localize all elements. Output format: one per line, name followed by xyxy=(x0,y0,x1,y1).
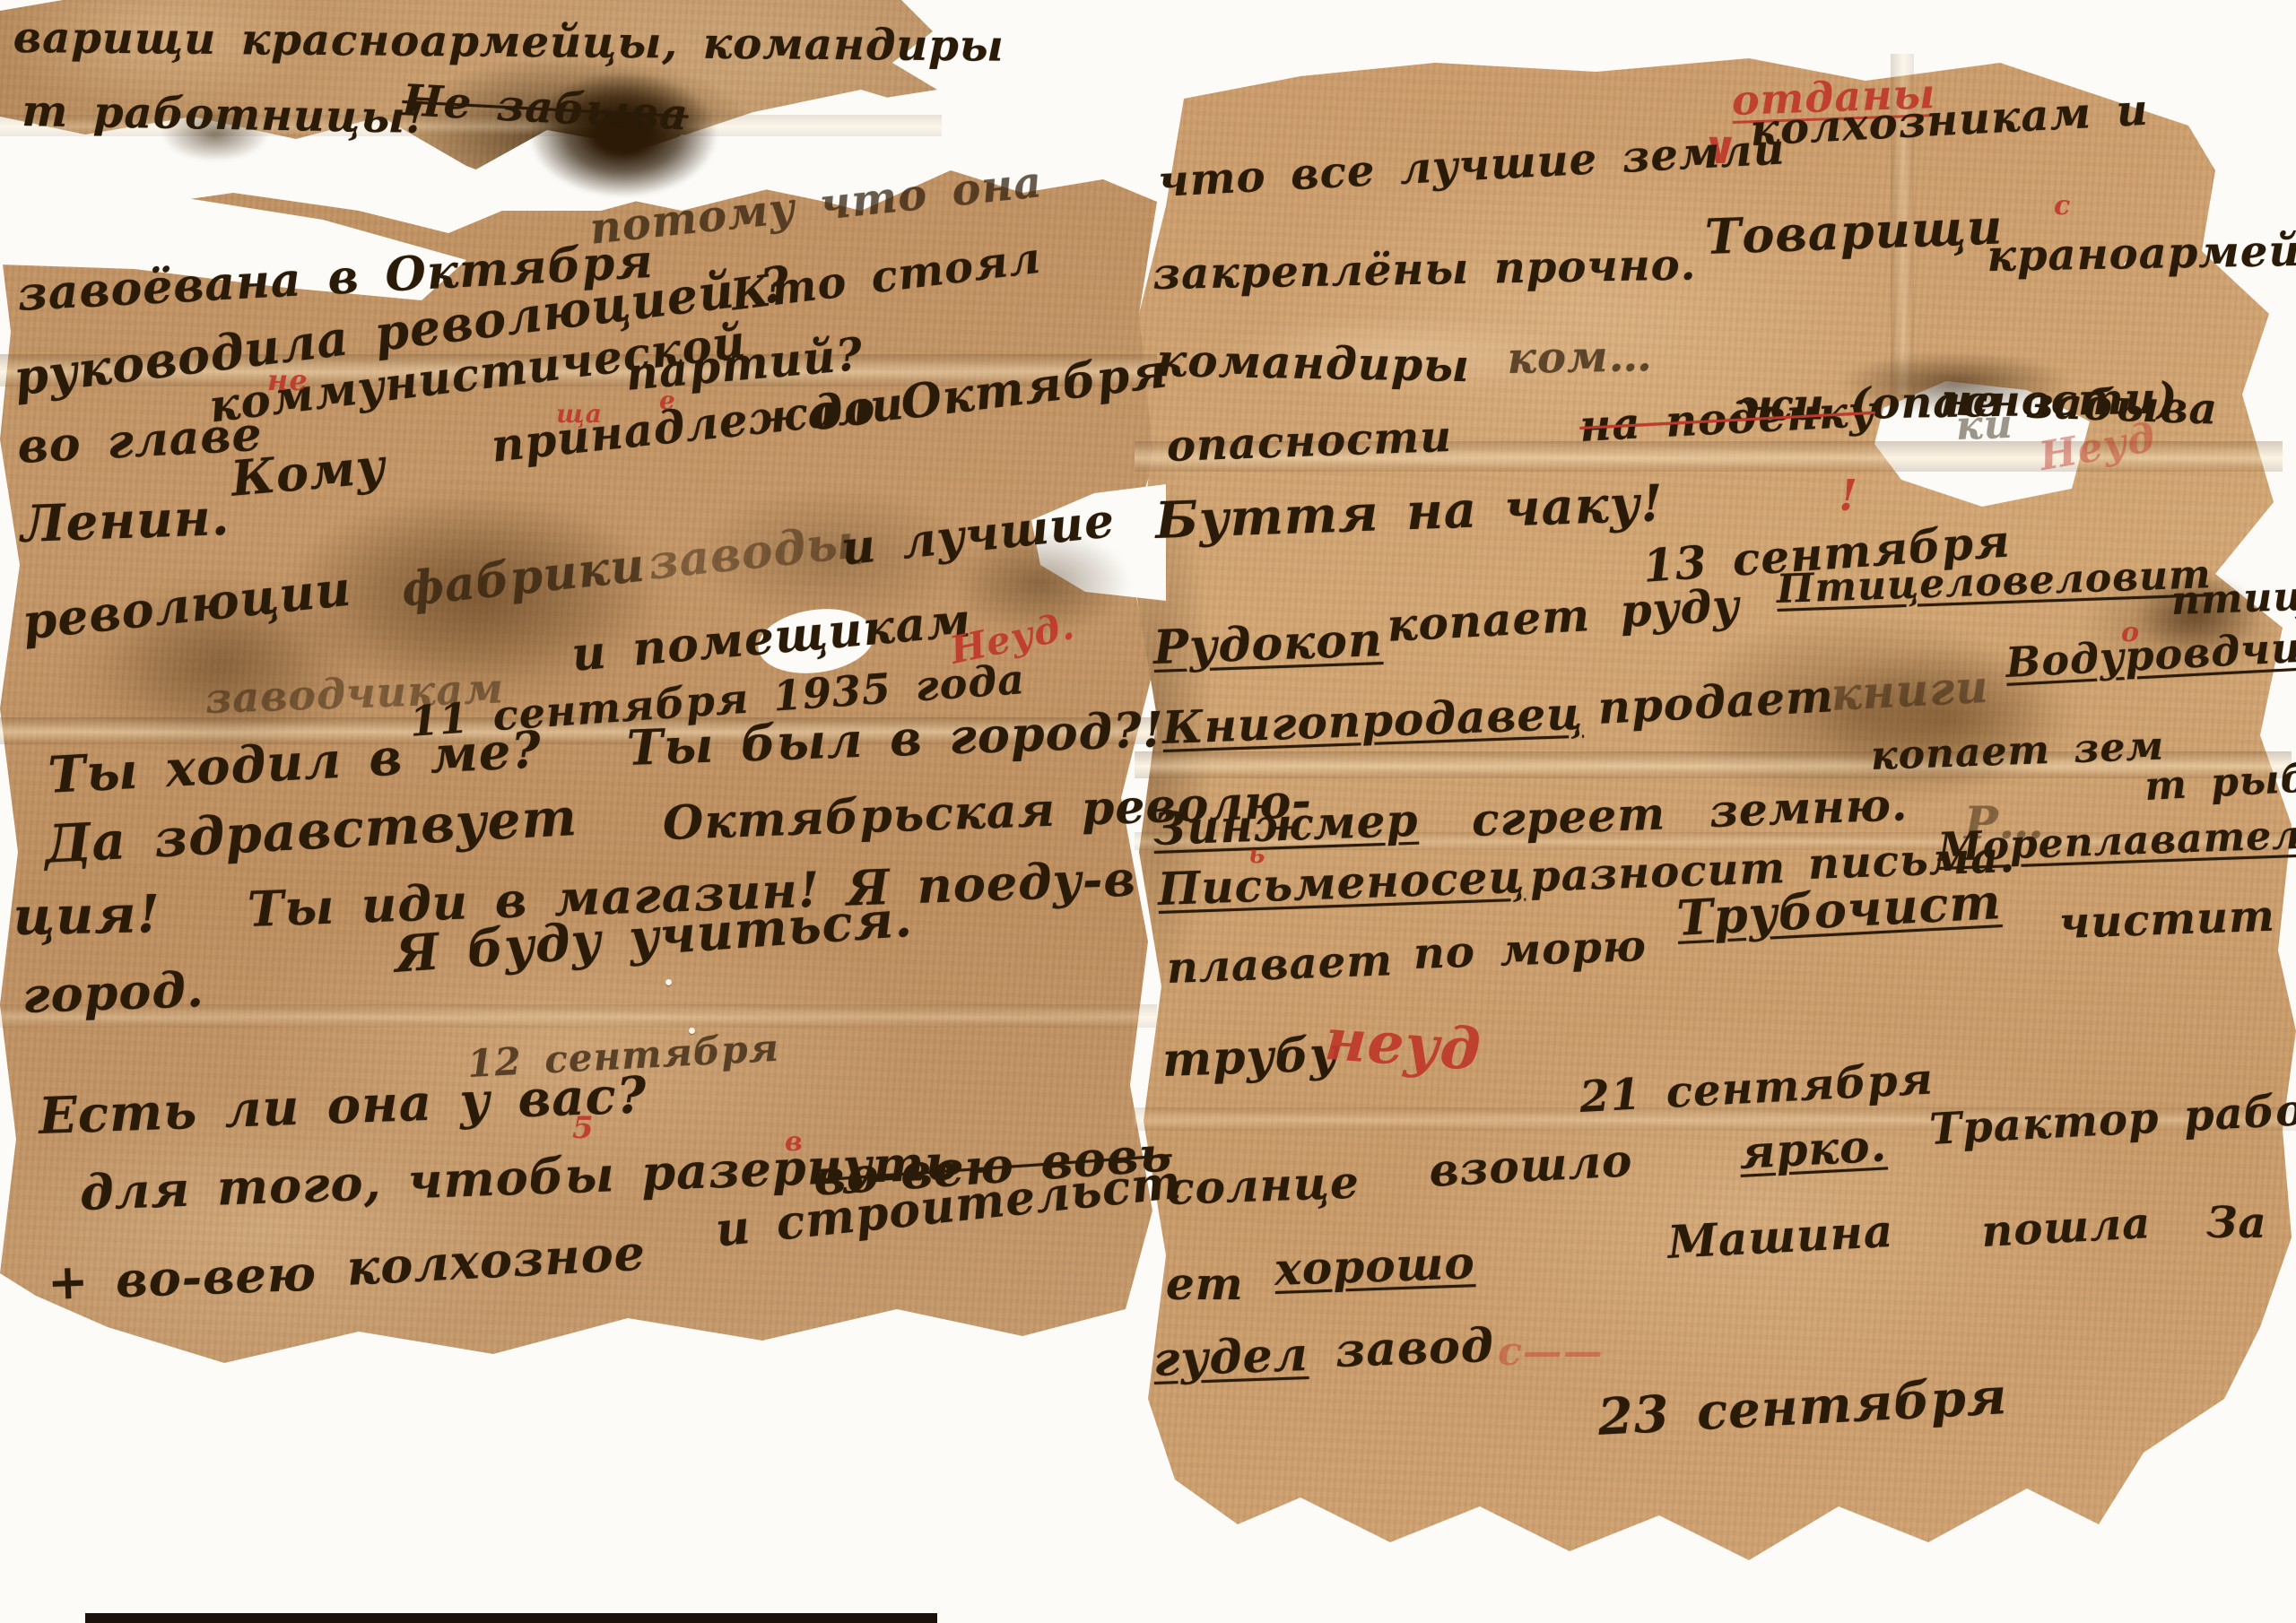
handwritten-line: опасности xyxy=(1166,412,1453,472)
handwritten-line: ет xyxy=(1166,1257,1244,1310)
teacher-correction-red: 5 xyxy=(572,1110,595,1146)
handwritten-line: пошла xyxy=(1980,1198,2152,1257)
handwritten-line: книги xyxy=(1830,660,1990,721)
handwritten-line: руду xyxy=(1619,578,1741,638)
scanned-document: варищи красноармейцы, командиры т работн… xyxy=(0,0,2296,1623)
handwritten-line: Товарищи xyxy=(1704,197,2004,265)
teacher-correction-red: о xyxy=(2121,617,2140,648)
handwritten-line: птиц. xyxy=(2170,573,2296,624)
teacher-correction-red: в xyxy=(785,1126,804,1158)
handwritten-line: плавает xyxy=(1166,935,1394,994)
handwritten-line: чистит xyxy=(2058,891,2276,949)
teacher-correction-red: с—— xyxy=(1498,1329,1604,1375)
handwritten-line: ки xyxy=(1955,402,2014,449)
handwritten-line: хорошо xyxy=(1274,1236,1476,1296)
grade-mark-red: неуд xyxy=(1323,1006,1483,1084)
teacher-correction-red: ! xyxy=(1839,471,1858,521)
handwritten-line: город. xyxy=(22,960,205,1024)
handwritten-line: варищи красноармейцы, командиры xyxy=(13,13,1004,72)
scanner-artifact xyxy=(85,1613,937,1623)
teacher-correction-red: не xyxy=(267,363,309,397)
handwritten-line: За xyxy=(2206,1198,2267,1248)
handwritten-line: солнце xyxy=(1166,1156,1361,1215)
handwritten-line: Рудокоп xyxy=(1152,612,1384,675)
handwritten-line: Ленин. xyxy=(20,488,230,554)
teacher-correction-red: ь xyxy=(1248,839,1265,869)
handwritten-line: трубу xyxy=(1161,1027,1339,1088)
handwritten-line: командиры xyxy=(1156,334,1471,392)
teacher-correction-red: е xyxy=(659,386,676,415)
handwritten-line: по морю xyxy=(1413,921,1648,979)
handwritten-line: т рыбу xyxy=(2144,754,2296,810)
handwritten-line: завод xyxy=(1335,1318,1495,1378)
handwritten-line: ция! xyxy=(13,883,161,947)
teacher-correction-red: с xyxy=(2054,190,2071,221)
handwritten-line: т работницы! xyxy=(22,86,426,143)
handwritten-line: гудел xyxy=(1152,1327,1309,1387)
handwritten-line: ком… xyxy=(1507,331,1653,384)
handwritten-line: закреплёны прочно. xyxy=(1152,239,1697,299)
handwritten-line: ярко. xyxy=(1738,1118,1888,1179)
handwritten-line: земню. xyxy=(1709,777,1909,838)
handwritten-line: + во-вею xyxy=(47,1245,317,1311)
handwritten-line: копает xyxy=(1386,588,1591,652)
pinhole xyxy=(665,979,672,985)
handwritten-line: сгреет xyxy=(1471,786,1666,846)
handwritten-line: взошло xyxy=(1428,1133,1634,1197)
teacher-correction-red: ща xyxy=(556,399,603,429)
handwritten-line: Зинжмер xyxy=(1152,794,1419,855)
handwritten-line: краноармейц xyxy=(1987,225,2296,282)
